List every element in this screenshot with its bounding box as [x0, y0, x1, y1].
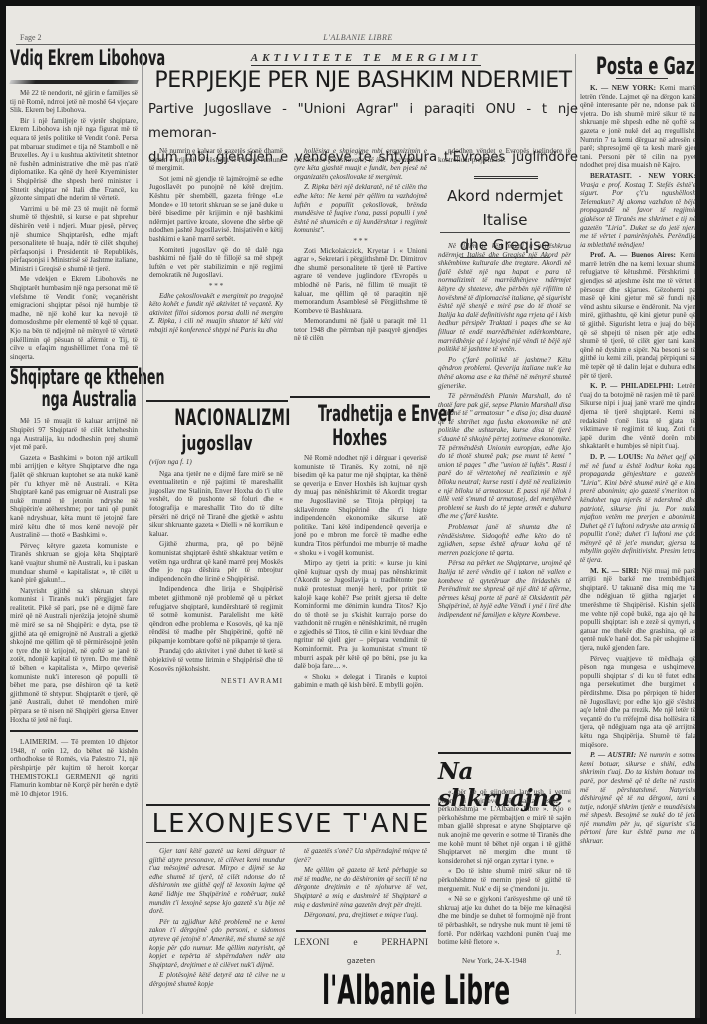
paragraph: Për ta zgjidhur këtë problemë ne e kemi …: [149, 918, 285, 970]
left-column: Vdiq Ekrem Libohova Më 22 të nendorit, n…: [10, 54, 138, 800]
double-rule: [474, 176, 538, 179]
posta-body: K. — NEW YORK: Kemi marrë letrën t'ënde.…: [580, 84, 696, 848]
column-rule: [142, 54, 143, 1014]
paragraph: Në fillim të këti muaji u nënëshkrua ndë…: [438, 242, 571, 354]
promo-box: LEXONI e PERHAPNI gazeten l'Albanie Libr…: [294, 938, 428, 1014]
headline-underline: [146, 842, 430, 843]
paragraph: Komiteti jugosllav që do të dalë nga bas…: [149, 246, 283, 280]
recipient: M. K. — SIRI:: [590, 567, 639, 575]
promo-word: e: [353, 938, 357, 948]
section-divider: [296, 930, 426, 932]
scan-edge: [695, 6, 700, 1018]
byline: NESTI AVRAMI: [149, 677, 283, 686]
recipient: Prof. A. — Buenos Aires:: [590, 251, 676, 259]
separator-stars: * * *: [294, 237, 427, 246]
tradhetija-body: Në Romë ndodhet një i dërguar i qeverisë…: [294, 454, 427, 692]
separator-stars: * * *: [149, 282, 283, 291]
section-kicker: AKTIVITETE TE MERGIMIT: [156, 52, 576, 64]
paragraph: Gjer tani këtë gazetë ua kemi dërguar të…: [149, 847, 285, 916]
mailbag-entry: K. P. — PHILADELPHI: Letrën t'uaj do ta …: [580, 382, 696, 451]
paragraph: Po ç'farë politikë të jashtme? Këtu qënd…: [438, 356, 571, 390]
akord-body: Në fillim të këti muaji u nënëshkrua ndë…: [438, 242, 571, 622]
posta-headline: Posta e Gazetes: [596, 52, 700, 80]
main-story-col1: Në numrin e kaluar të gazetës s'onë dham…: [149, 147, 283, 336]
paragraph: Përveç këtyre gazeta komuniste e Tiranës…: [10, 542, 138, 585]
paragraph: Me vdekjen e Ekrem Libohovës ne Shqiptar…: [10, 275, 138, 361]
paragraph: Gjithë zhurma, pra, që po bëjnë komunist…: [149, 540, 283, 583]
section-divider: [146, 400, 288, 402]
paragraph: Indipendenca dhe lirija e Shqipërisë mbe…: [149, 585, 283, 645]
paragraph: Më 15 të muajit të kaluar arrijtnë në Sh…: [10, 417, 138, 451]
nacionalizmi-body: (vijon nga f. 1) Nga ana tjetër ne e dij…: [149, 458, 283, 686]
paragraph: Me qëllim që gazeta të ketë përhapje sa …: [294, 866, 427, 909]
mailbag-entry: Përveç vuajtjeve të mëdhaja që pëson nga…: [580, 655, 696, 750]
dateline: New York, 24-X-1948: [462, 957, 571, 966]
paragraph: Zoti Mickolaiczick, Kryetar i « Unioni a…: [294, 247, 427, 316]
mailbag-entry: Prof. A. — Buenos Aires: Kemi marrë letr…: [580, 251, 696, 380]
paragraph: Bir i një familjeje të vjetër shqiptare,…: [10, 117, 138, 203]
australia-headline: Shqiptare qe kthehen nga Australia: [10, 373, 138, 417]
section-divider: [146, 804, 430, 806]
header-rule: [16, 44, 700, 45]
running-head: Fage 2 L'ALBANIE LIBRE: [20, 33, 696, 43]
headline-underline: [616, 78, 668, 79]
promo-masthead: l'Albanie Libre: [322, 968, 400, 1014]
notice-laimerim: LAIMERIM. — Të premten 10 dhjetor 1948, …: [10, 738, 138, 798]
tradhetija-headline: Tradhetija e Enver Hoxhes: [290, 402, 430, 450]
masthead-title: L'ALBANIE LIBRE: [20, 33, 696, 42]
paragraph: Natyrisht gjithë sa shkruan shtypi komun…: [10, 587, 138, 725]
paragraph: E plotësojnë këtë detyrë ata të cilve ne…: [149, 971, 285, 988]
mailbag-entry: D. P. — LOUIS: Na bëhet qejf që më në fu…: [580, 453, 696, 565]
recipient: BERATASIT. - NEW YORK:: [590, 172, 696, 180]
paragraph: Gazeta « Bashkimi » boton një artikull m…: [10, 454, 138, 540]
nacionalizmi-headline: NACIONALIZMI jugosllav: [146, 406, 288, 455]
mailbag-entry: BERATASIT. - NEW YORK: Vrasja e prof. Ko…: [580, 172, 696, 249]
recipient: K. P. — PHILADELPHI:: [590, 382, 674, 390]
recipient: K. — NEW YORK:: [590, 84, 656, 92]
paragraph: të gazetës s'onë? Ua shpërndajnë miqve t…: [294, 847, 427, 864]
newspaper-page: Fage 2 L'ALBANIE LIBRE Vdiq Ekrem Liboho…: [6, 6, 700, 1018]
main-story-col3: ndodhen vëndet e Evropës juglindore të k…: [438, 147, 571, 166]
lexonjesve-headline: LEXONJESVE T'ANE: [146, 809, 436, 839]
paragraph: «...për ne që gjindemi larg ush, i vetmi…: [438, 788, 571, 865]
paragraph: Të përmëndësh Planin Marshall, do të tho…: [438, 392, 571, 521]
paragraph: hollësira e shpjegime mbi organizimin e …: [294, 147, 427, 181]
paragraph: « Shoku » delegat i Tiranës e kuptoi gab…: [294, 673, 427, 690]
paragraph: ndodhen vëndet e Evropës juglindore të k…: [438, 147, 571, 164]
lexonjesve-col2: të gazetës s'onë? Ua shpërndajnë miqve t…: [294, 847, 427, 922]
paragraph: « Në se e gjykoni t'arësyeshme që unë të…: [438, 895, 571, 947]
promo-word: LEXONI: [294, 938, 329, 948]
column-rule: [575, 54, 576, 1014]
paragraph: Më 22 të nendorit, në gjirin e familjes …: [10, 89, 138, 115]
promo-line: LEXONI e PERHAPNI: [294, 938, 428, 948]
na-shkruajne-body: «...për ne që gjindemi larg ush, i vetmi…: [438, 788, 571, 966]
signature: J.: [438, 949, 561, 958]
obituary-headline: Vdiq Ekrem Libohova: [10, 54, 89, 78]
paragraph: Nga ana tjetër ne e dijmë fare mirë se n…: [149, 470, 283, 539]
promo-gazeten: gazeten: [294, 957, 428, 965]
continued-note: (vijon nga f. 1): [149, 458, 283, 467]
obituary-body: Më 22 të nendorit, në gjirin e familjes …: [10, 89, 138, 361]
mailbag-entry: K. — NEW YORK: Kemi marrë letrën t'ënde.…: [580, 84, 696, 170]
main-story-col2: hollësira e shpjegime mbi organizimin e …: [294, 147, 427, 345]
paragraph: Z. Ripka bëri një deklaratë, në të cilën…: [294, 183, 427, 235]
australia-body: Më 15 të muajit të kaluar arrijtnë në Sh…: [10, 417, 138, 724]
paragraph: Mirpo ay tjetri ia priti: « kurse ju kin…: [294, 559, 427, 671]
paragraph: Përsa na përket ne Shqiptarve, urojmë që…: [438, 559, 571, 619]
recipient: P. — AUSTRI:: [590, 751, 636, 759]
paragraph: Dërgonani, pra, drejtimet e miqve t'uaj.: [294, 911, 427, 920]
promo-word: PERHAPNI: [382, 938, 428, 948]
lexonjesve-col1: Gjer tani këtë gazetë ua kemi dërguar të…: [149, 847, 285, 991]
paragraph: Memorandumi në fjalë u paraqit më 11 tet…: [294, 317, 427, 343]
section-divider: [438, 752, 571, 754]
paragraph: Sot jemi në gjendje të lajmërojmë se edh…: [149, 175, 283, 244]
paragraph: Edhe çekosllovakët e mergimit po tregojn…: [149, 292, 283, 335]
mailbag-entry: M. K. — SIRI: Një muaj më parë arrijti n…: [580, 567, 696, 653]
section-divider: [10, 730, 138, 732]
paragraph: « Do të ishte shumë mirë sikur në të për…: [438, 867, 571, 893]
paragraph: Në numrin e kaluar të gazetës s'onë dham…: [149, 147, 283, 173]
recipient: D. P. — LOUIS:: [590, 453, 643, 461]
section-divider: [290, 396, 430, 398]
paragraph: Në Romë ndodhet një i dërguar i qeverisë…: [294, 454, 427, 557]
paragraph: Problemat janë të shumta dhe të rëndësis…: [438, 523, 571, 557]
headline-rule: [9, 80, 138, 84]
main-headline: PERPJEKJE PER NJE BASHKIM NDERMIET: [148, 68, 578, 93]
paragraph: Varrimi u bë më 23 të mujit në formë shu…: [10, 205, 138, 274]
mailbag-entry: P. — AUSTRI: Në numrin e sotme kemi botu…: [580, 751, 696, 846]
paragraph: Prandaj çdo aktivitet i ynë duhet të ket…: [149, 647, 283, 673]
